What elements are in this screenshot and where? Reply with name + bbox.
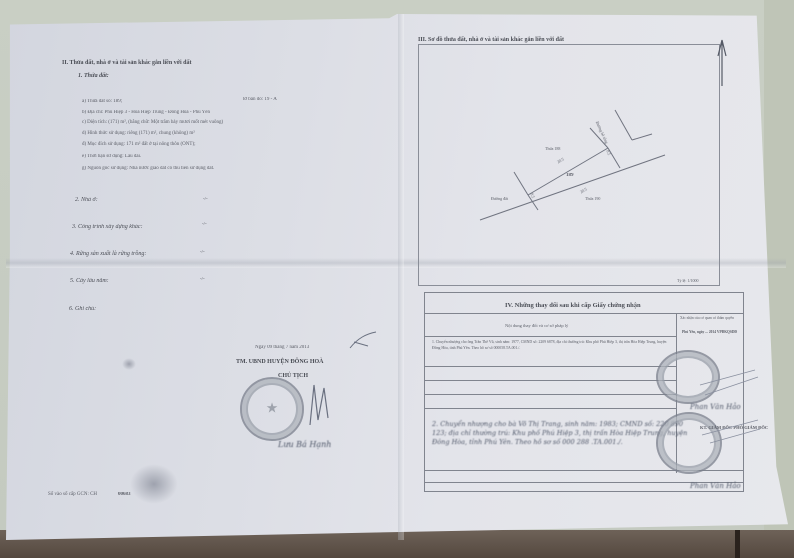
registry-label: Số vào sổ cấp GCN: CH — [48, 492, 97, 497]
section-ii-title: II. Thửa đất, nhà ở và tài sản khác gắn … — [62, 60, 192, 66]
item-perennial-label: 5. Cây lâu năm: — [70, 278, 109, 284]
official-seal: ★ — [240, 377, 304, 441]
item-forest-label: 4. Rừng sản xuất là rừng trồng: — [70, 251, 146, 257]
item-notes-label: 6. Ghi chú: — [69, 306, 96, 312]
table-divider — [425, 313, 743, 314]
north-arrow-icon — [716, 38, 728, 88]
confirm-signature-scribbles — [700, 365, 760, 445]
floor-gap — [735, 530, 740, 558]
col-confirm-header: Xác nhận của cơ quan có thẩm quyền — [680, 316, 738, 320]
road-left-label: Đường đất — [491, 196, 508, 201]
registry-number: 00683 — [118, 492, 131, 497]
change-entry-2-handwritten: 2. Chuyển nhượng cho bà Võ Thị Trang, si… — [432, 420, 692, 447]
adjacent-parcel-bottom: Thửa 190 — [585, 196, 600, 201]
vertical-fold — [398, 14, 404, 540]
table-ruling — [425, 366, 677, 367]
use-form: d) Hình thức sử dụng: riêng (171) m², ch… — [82, 131, 195, 136]
col-content-header: Nội dung thay đổi và cơ sở pháp lý — [505, 323, 568, 328]
diagram-scale: Tỷ lệ: 1/1000 — [677, 278, 699, 283]
land-area: c) Diện tích: (171) m², (bằng chữ: Một t… — [82, 120, 223, 125]
parcel-number: a) Thửa đất số: 189; — [82, 99, 122, 104]
star-emblem-icon: ★ — [266, 401, 279, 418]
table-ruling — [425, 408, 677, 409]
issuing-authority: TM. UBND HUYỆN ĐÔNG HOÀ — [236, 359, 324, 365]
section-iii-title: III. Sơ đồ thửa đất, nhà ở và tài sản kh… — [418, 37, 564, 43]
confirm-stamp-text: Phú Yên, ngày ... 2014 VPĐKQSDĐ — [682, 330, 738, 334]
signing-date: Ngày 09 tháng 7 năm 2013 — [255, 345, 309, 350]
use-purpose: đ) Mục đích sử dụng: 171 m² đất ở tại nô… — [82, 142, 196, 147]
map-sheet: tờ bản đồ: 19 - A — [243, 97, 277, 102]
item-construction-label: 3. Công trình xây dựng khác: — [72, 224, 143, 230]
fingerprint-smudge — [130, 464, 178, 504]
adjacent-parcel-top: Thửa 188 — [545, 146, 560, 151]
table-ruling — [425, 394, 677, 395]
change-entry-1: 1. Chuyển nhượng cho ông Trần Thế Vũ, si… — [432, 339, 672, 351]
land-heading: 1. Thửa đất: — [78, 73, 109, 79]
parcel-diagram — [480, 110, 680, 220]
land-address: b) Địa chỉ: Phú Hiệp 3 - Hoà Hiệp Trung … — [82, 110, 210, 115]
use-term: e) Thời hạn sử dụng: Lâu dài. — [82, 154, 141, 159]
signature-scribble — [300, 380, 340, 430]
parcel-label: 189 — [566, 173, 574, 178]
initial-scribble — [348, 330, 378, 350]
item-house-label: 2. Nhà ở: — [75, 197, 98, 203]
confirm-signer-2: Phan Văn Hảo — [690, 482, 741, 490]
ink-dot — [122, 358, 136, 370]
land-origin: g) Nguồn gốc sử dụng: Nhà nước giao đất … — [82, 166, 214, 171]
signer-name: Lưu Bá Hạnh — [278, 440, 331, 449]
table-divider — [425, 336, 677, 337]
item-house-value: -/- — [203, 197, 208, 202]
item-forest-value: -/- — [200, 250, 205, 255]
item-construction-value: -/- — [202, 222, 207, 227]
table-ruling — [425, 380, 677, 381]
section-iv-title: IV. Những thay đổi sau khi cấp Giấy chứn… — [505, 302, 641, 309]
item-perennial-value: -/- — [200, 277, 205, 282]
